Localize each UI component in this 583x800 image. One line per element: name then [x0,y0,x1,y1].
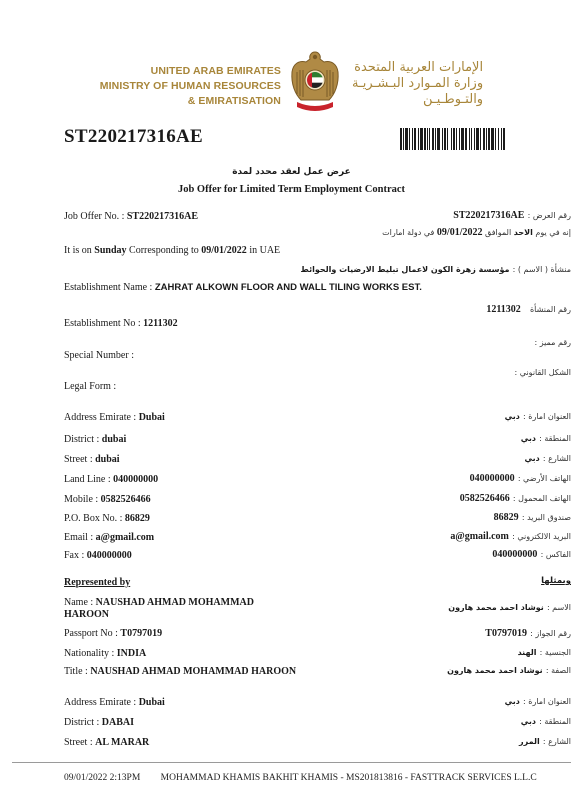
ministry-line: & EMIRATISATION [100,94,281,109]
label-ar: صندوق البريد : [522,513,571,522]
value: 86829 [125,513,150,524]
contact-row: Street : dubai [64,454,120,465]
rep-passport: Passport No : T0797019 [64,628,162,639]
text: It is on [64,245,92,256]
value-ar: مؤسسة زهرة الكون لاعمال تبليط الارضيات و… [301,265,510,274]
label: Name : [64,597,93,608]
footer: 09/01/2022 2:13PM MOHAMMAD KHAMIS BAKHIT… [64,773,537,783]
value-ar: دبي [505,412,520,421]
value-ar: 86829 [494,512,519,523]
label-ar: الشكل القانوني : [515,368,571,377]
contact-row-ar: الفاكس : 040000000 [492,549,571,560]
represented-by-heading-ar: ويمثلها [541,576,571,586]
label-ar: الهاتف المحمول : [513,494,571,503]
document-title-en: Job Offer for Limited Term Employment Co… [0,184,583,195]
legal-form: Legal Form : [64,381,116,392]
rep-address-row-ar: الشارع : المرر [519,736,571,747]
contact-row: Email : a@gmail.com [64,532,154,543]
text: في دولة امارات [382,228,434,237]
job-offer-no-ar: رقم العرض : ST220217316AE [453,210,571,221]
footer-issuer: MOHAMMAD KHAMIS BAKHIT KHAMIS - MS201813… [161,773,537,783]
document-number: ST220217316AE [64,126,203,148]
represented-by-heading: Represented by [64,577,130,588]
label-ar: رقم العرض : [528,211,571,220]
special-number-ar: رقم مميز : [534,337,571,348]
text: in UAE [249,245,280,256]
label: Establishment No : [64,318,141,329]
rep-nationality: Nationality : INDIA [64,648,146,659]
contact-row: Land Line : 040000000 [64,474,158,485]
value: 0582526466 [101,494,151,505]
label: P.O. Box No. : [64,513,122,524]
label-ar: الجنسية : [540,648,571,657]
establishment-name-ar: منشأة ( الاسم ) : مؤسسة زهرة الكون لاعما… [301,264,571,275]
day-ar: الاحد [514,228,533,237]
contact-row-ar: المنطقة : دبي [521,433,571,444]
contact-row-ar: الشارع : دبي [525,453,572,464]
contact-row: Mobile : 0582526466 [64,494,151,505]
value: AL MARAR [95,737,149,748]
label: Land Line : [64,474,111,485]
value: 040000000 [87,550,132,561]
contact-row-ar: العنوان امارة : دبي [505,411,571,422]
contact-row-ar: صندوق البريد : 86829 [494,512,571,523]
label-ar: الهاتف الأرضي : [518,474,571,483]
document-title-ar: عرض عمل لعقد محدد لمدة [0,167,583,177]
value-line1: NAUSHAD AHMAD MOHAMMAD [96,597,254,608]
value-line2: HAROON [64,609,109,620]
label: Title : [64,666,88,677]
value: a@gmail.com [96,532,154,543]
contact-row-ar: الهاتف الأرضي : 040000000 [470,473,571,484]
label: District : [64,434,99,445]
label: Street : [64,737,93,748]
date-sentence: It is on Sunday Corresponding to 09/01/2… [64,245,280,256]
value-ar: دبي [525,454,540,463]
value: 1211302 [143,318,177,329]
label-ar: العنوان امارة : [523,412,571,421]
value: ZAHRAT ALKOWN FLOOR AND WALL TILING WORK… [155,282,422,293]
value-ar: a@gmail.com [450,531,508,542]
establishment-no: Establishment No : 1211302 [64,318,178,329]
label-ar: منشأة ( الاسم ) : [513,265,571,274]
uae-emblem-icon [289,50,341,116]
contact-row-ar: الهاتف المحمول : 0582526466 [460,493,571,504]
ministry-line: MINISTRY OF HUMAN RESOURCES [100,79,281,94]
date-value: 09/01/2022 [201,245,247,256]
footer-timestamp: 09/01/2022 2:13PM [64,773,140,783]
value-ar: دبي [521,717,536,726]
label-ar: المنطقة : [539,717,571,726]
value: dubai [102,434,126,445]
label: Email : [64,532,93,543]
value-ar: الهند [518,648,537,657]
date-value: 09/01/2022 [437,227,483,238]
label: Job Offer No. : [64,211,124,222]
special-number: Special Number : [64,350,134,361]
value: NAUSHAD AHMAD MOHAMMAD HAROON [90,666,296,677]
legal-form-ar: الشكل القانوني : [515,367,571,378]
contact-row: P.O. Box No. : 86829 [64,513,150,524]
rep-address-row: Street : AL MARAR [64,737,149,748]
ministry-line-ar: وزارة المـوارد البـشـريـة [352,76,483,92]
value-ar: دبي [505,697,520,706]
label: Street : [64,454,93,465]
rep-address-row-ar: العنوان امارة : دبي [505,696,571,707]
ministry-line-ar: الإمارات العربية المتحدة [352,60,483,76]
rep-name: Name : NAUSHAD AHMAD MOHAMMAD HAROON [64,597,254,621]
value: Dubai [139,412,165,423]
label: Passport No : [64,628,118,639]
value-ar: 040000000 [492,549,537,560]
label-ar: المنطقة : [539,434,571,443]
rep-name-ar: الاسم : نوشاد احمد محمد هارون [448,602,571,613]
label-ar: البريد الالكتروني : [512,532,571,541]
day: Sunday [94,245,126,256]
label: District : [64,717,99,728]
rep-address-row: District : DABAI [64,717,134,728]
label-ar: رقم مميز : [534,338,571,347]
value: 040000000 [113,474,158,485]
value-ar: 0582526466 [460,493,510,504]
ministry-line-ar: والتـوطـيـن [352,92,483,108]
barcode-icon [400,128,570,150]
contact-row-ar: البريد الالكتروني : a@gmail.com [450,531,571,542]
establishment-name: Establishment Name : ZAHRAT ALKOWN FLOOR… [64,282,422,293]
value-ar: 040000000 [470,473,515,484]
label: Establishment Name : [64,282,152,293]
value: ST220217316AE [127,211,198,222]
value: Dubai [139,697,165,708]
label-ar: الاسم : [547,603,571,612]
establishment-no-ar: رقم المنشأة 1211302 [486,304,571,315]
rep-nationality-ar: الجنسية : الهند [518,647,571,658]
label: Special Number : [64,350,134,361]
value: T0797019 [485,628,527,639]
rep-title: Title : NAUSHAD AHMAD MOHAMMAD HAROON [64,666,296,677]
label: Address Emirate : [64,412,136,423]
rep-title-ar: الصفة : نوشاد احمد محمد هارون [447,665,571,676]
label-ar: الشارع : [543,454,571,463]
date-sentence-ar: إنه في يوم الاحد الموافق 09/01/2022 في د… [382,227,571,238]
value: T0797019 [120,628,162,639]
footer-divider [12,762,571,763]
contact-row: Address Emirate : Dubai [64,412,165,423]
value: DABAI [102,717,134,728]
label-ar: الصفة : [546,666,571,675]
value: dubai [95,454,119,465]
label-ar: رقم الجواز : [530,629,571,638]
text: الموافق [485,228,511,237]
value-ar: نوشاد احمد محمد هارون [447,666,543,675]
ministry-name-en: UNITED ARAB EMIRATES MINISTRY OF HUMAN R… [100,64,281,109]
ministry-line: UNITED ARAB EMIRATES [100,64,281,79]
label-ar: العنوان امارة : [523,697,571,706]
contact-row: District : dubai [64,434,126,445]
label: Fax : [64,550,84,561]
text: Corresponding to [129,245,199,256]
ministry-name-ar: الإمارات العربية المتحدة وزارة المـوارد … [352,60,483,108]
label: Legal Form : [64,381,116,392]
value-ar: نوشاد احمد محمد هارون [448,603,544,612]
contact-row: Fax : 040000000 [64,550,132,561]
rep-passport-ar: رقم الجواز : T0797019 [485,628,571,639]
label: Mobile : [64,494,98,505]
value-ar: المرر [519,737,540,746]
text: إنه في يوم [535,228,571,237]
rep-address-row: Address Emirate : Dubai [64,697,165,708]
value-ar: دبي [521,434,536,443]
value: ST220217316AE [453,210,524,221]
label: Address Emirate : [64,697,136,708]
label-ar: الفاكس : [541,550,571,559]
label: Nationality : [64,648,114,659]
value: 1211302 [486,304,520,315]
label-ar: الشارع : [543,737,571,746]
value: INDIA [117,648,146,659]
rep-address-row-ar: المنطقة : دبي [521,716,571,727]
label-ar: رقم المنشأة [530,305,571,314]
job-offer-no: Job Offer No. : ST220217316AE [64,211,198,222]
